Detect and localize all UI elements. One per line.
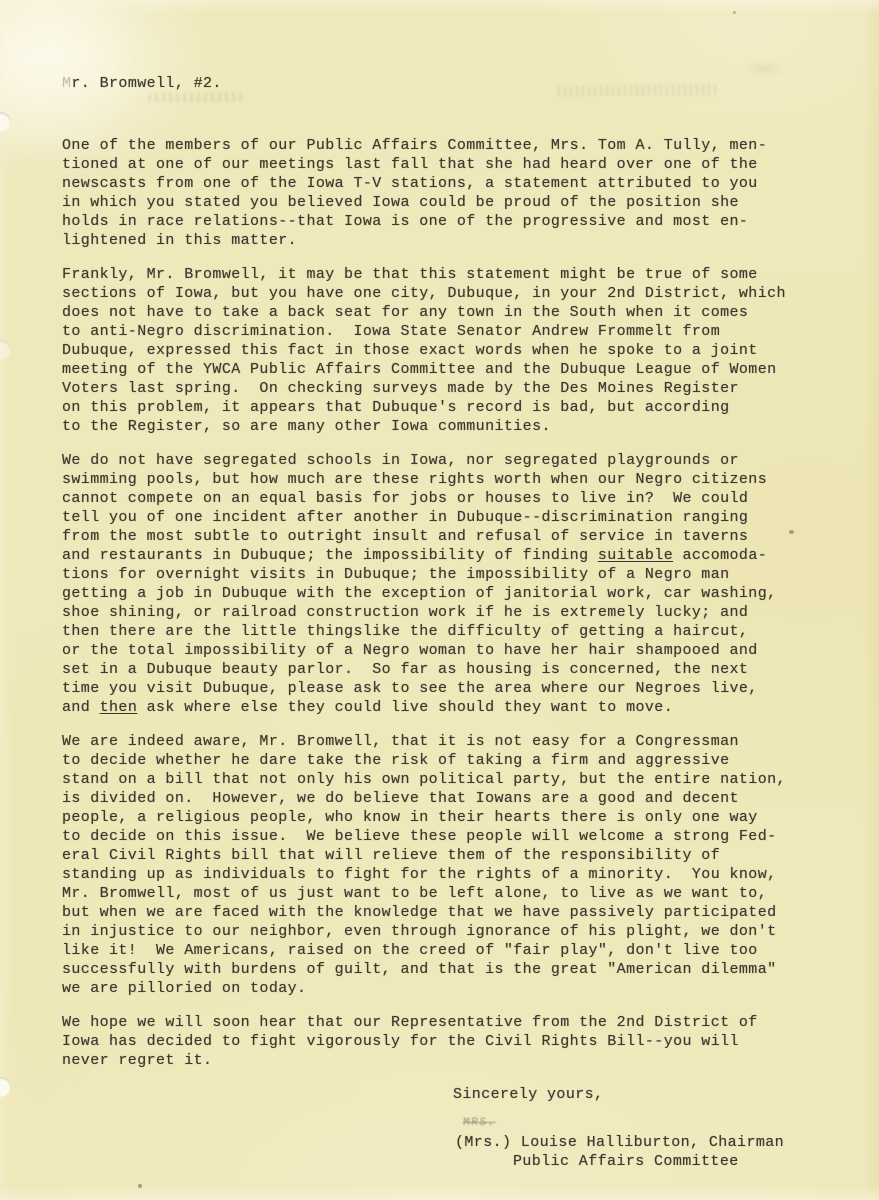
signature-title: Public Affairs Committee	[455, 1152, 786, 1171]
letter-page: Mr. Bromwell, #2. One of the members of …	[0, 0, 879, 1200]
paragraph-3: We do not have segregated schools in Iow…	[62, 451, 786, 717]
page-header-faint-initial: M	[62, 75, 71, 92]
page-header-text: r. Bromwell, #2.	[71, 75, 221, 92]
paragraph-2: Frankly, Mr. Bromwell, it may be that th…	[62, 265, 786, 436]
underlined-word-then: then	[100, 699, 138, 716]
paragraph-4: We are indeed aware, Mr. Bromwell, that …	[62, 732, 786, 998]
closing-salutation: Sincerely yours,	[453, 1085, 786, 1104]
paper-speck	[733, 11, 736, 14]
overtype-smudge: MRS.	[463, 1118, 496, 1129]
signature-block: MRS. (Mrs.) Louise Halliburton, Chairman…	[455, 1133, 786, 1171]
signature-name: (Mrs.) Louise Halliburton, Chairman	[455, 1133, 786, 1152]
paper-speck	[138, 1184, 142, 1188]
punch-hole-middle	[0, 340, 11, 360]
page-header: Mr. Bromwell, #2.	[62, 74, 786, 93]
letter-body: Mr. Bromwell, #2. One of the members of …	[62, 74, 786, 1171]
paper-speck	[789, 530, 794, 534]
punch-hole-bottom	[0, 1077, 11, 1097]
paragraph-5: We hope we will soon hear that our Repre…	[62, 1013, 786, 1070]
underlined-word-suitable: suitable	[598, 547, 673, 564]
paragraph-1: One of the members of our Public Affairs…	[62, 136, 786, 250]
paragraph-3-text-c: ask where else they could live should th…	[137, 699, 673, 716]
paragraph-3-text-b: accomoda- tions for overnight visits in …	[62, 547, 777, 716]
